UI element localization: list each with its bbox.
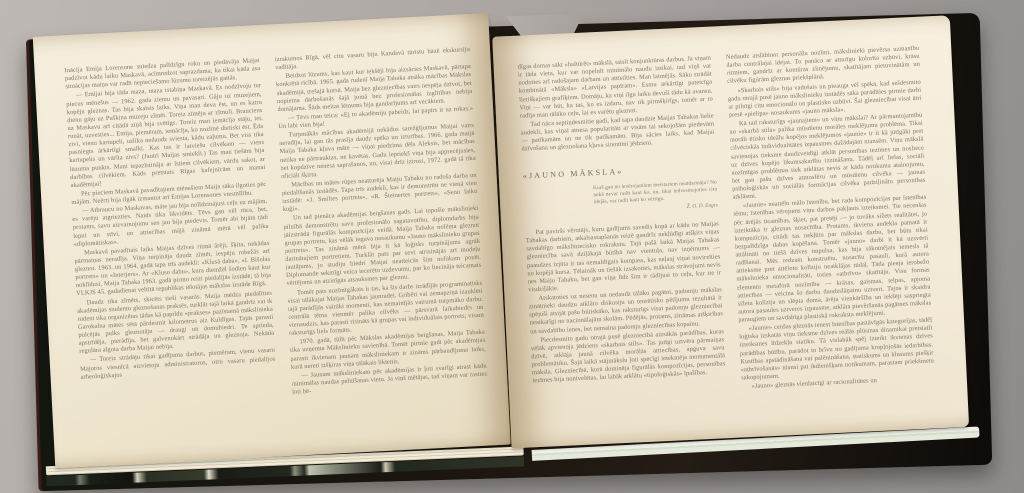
left-page-column-2: izrakumos Rīgā, vēl citu vasaru biju Kan…: [275, 46, 490, 428]
right-page: dīgas domas sākt «haltūrēt» mākslā, tais…: [492, 15, 969, 448]
paragraph: Pat paviršs vērotājs, kuru gadījums save…: [525, 220, 721, 294]
paragraph: Daudz tika zīmēts, skicēts tieši vasarās…: [77, 289, 275, 356]
right-page-column-1: dīgas domas sākt «haltūrēt» mākslā, tais…: [518, 55, 728, 420]
left-page-column-1: Inācija Emija Lorensone sniedza palīdzīg…: [64, 57, 279, 439]
paragraph: dīgas domas sākt «haltūrēt» mākslā, tais…: [518, 55, 714, 121]
paragraph: Kā tad raksturīgs «jaunajiem» un viņu mā…: [729, 112, 926, 202]
right-page-column-2: Nedaudz atslābinot personāža nozīmi, māk…: [726, 45, 936, 410]
epigraph: Kurš gan no ievērojamiem meistariem neat…: [593, 180, 718, 214]
paragraph: — Emijai bija tāda maza, maza istabiņa M…: [66, 82, 266, 190]
left-page: Inācija Emija Lorensone sniedza palīdzīg…: [33, 13, 511, 468]
photo-background: Inācija Emija Lorensone sniedza palīdzīg…: [0, 0, 1024, 493]
paragraph: «Jaunie» neattēlo reālo īstenību, bet ra…: [733, 194, 932, 325]
paragraph: Piecdesmito gadu otrajā pusē glezniecībā…: [530, 328, 726, 386]
right-page-text-area: dīgas domas sākt «haltūrēt» mākslā, tais…: [492, 15, 969, 448]
left-page-text-area: Inācija Emija Lorensone sniedza palīdzīg…: [33, 13, 511, 468]
paragraph: Un tad pienāca akadēmijas beigšanas gads…: [283, 205, 482, 288]
section-heading: «JAUNO MĀKSLA»: [523, 163, 717, 181]
paragraph: «Jaunie» cenšas gleznās ienest īstenības…: [739, 317, 935, 383]
paragraph: Tomēr pats nozīmīgākais ir tas, ka šis d…: [287, 279, 485, 338]
paragraph: Turpmākās mācības akadēmijā nekādus sare…: [279, 122, 477, 181]
open-book: Inācija Emija Lorensone sniedza palīdzīg…: [20, 0, 1001, 493]
paragraph: Maskavā pavadītais laiks Maijas dzīves r…: [74, 240, 272, 299]
